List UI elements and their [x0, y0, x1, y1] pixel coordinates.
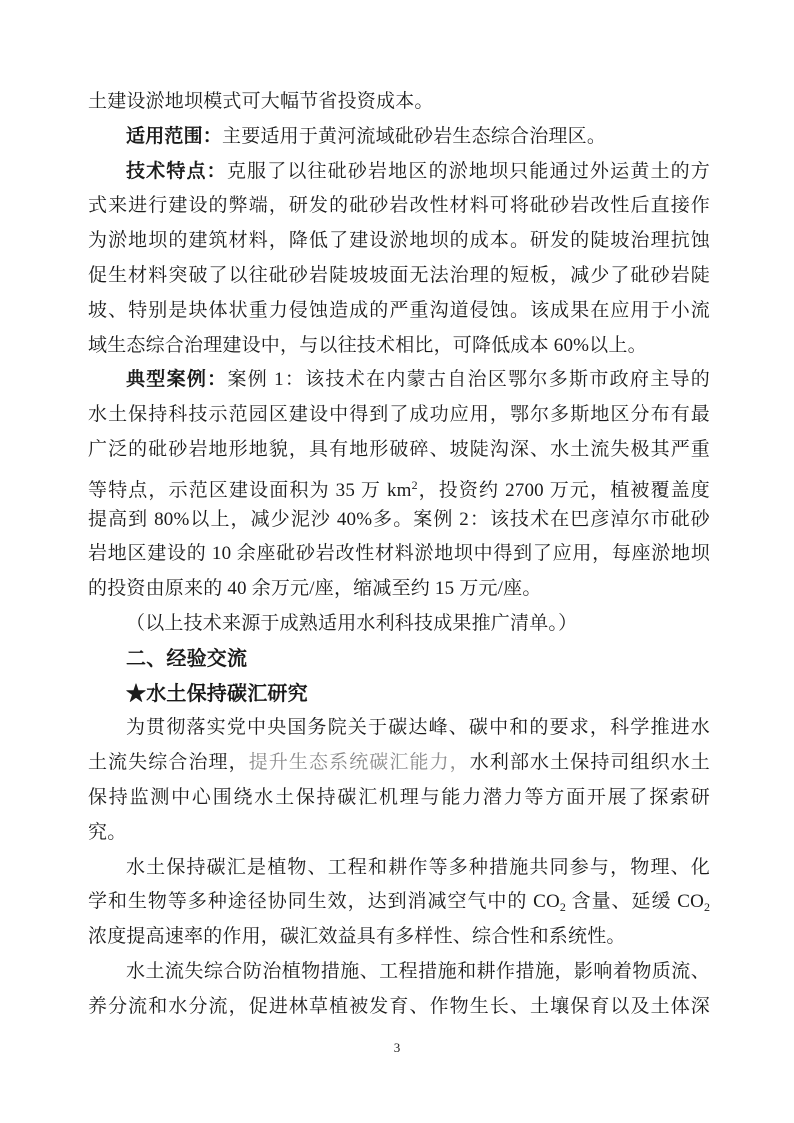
- document-page: 土建设淤地坝模式可大幅节省投资成本。适用范围：主要适用于黄河流域砒砂岩生态综合治…: [0, 0, 794, 1123]
- text-segment: 浓度提高速率的作用，碳汇效益具有多样性、综合性和系统性。: [88, 926, 626, 947]
- text-line: 学和生物等多种途径协同生效，达到消减空气中的 CO2 含量、延缓 CO2: [88, 885, 710, 920]
- text-line: 等特点，示范区建设面积为 35 万 km2，投资约 2700 万元，植被覆盖度: [88, 468, 710, 503]
- text-segment: 等特点，示范区建设面积为 35 万 km: [88, 480, 412, 501]
- text-segment: 土流失综合治理，: [88, 752, 249, 773]
- text-line: 坡、特别是块体状重力侵蚀造成的严重沟道侵蚀。该成果在应用于小流: [88, 294, 710, 329]
- text-line: 水土保持碳汇是植物、工程和耕作等多种措施共同参与，物理、化: [88, 851, 710, 886]
- text-line: 养分流和水分流，促进林草植被发育、作物生长、土壤保育以及土体深: [88, 990, 710, 1025]
- text-line: 典型案例：案例 1：该技术在内蒙古自治区鄂尔多斯市政府主导的: [88, 363, 710, 398]
- heading-line: 二、经验交流: [88, 642, 710, 677]
- text-line: 提高到 80%以上，减少泥沙 40%多。案例 2：该技术在巴彦淖尔市砒砂: [88, 503, 710, 538]
- text-segment: 为淤地坝的建筑材料，降低了建设淤地坝的成本。研发的陡坡治理抗蚀: [88, 230, 710, 251]
- text-segment: 主要适用于黄河流域砒砂岩生态综合治理区。: [222, 126, 606, 147]
- text-line: 土流失综合治理，提升生态系统碳汇能力，水利部水土保持司组织水土: [88, 746, 710, 781]
- text-line: 适用范围：主要适用于黄河流域砒砂岩生态综合治理区。: [88, 120, 710, 155]
- text-line: 土建设淤地坝模式可大幅节省投资成本。: [88, 85, 710, 120]
- text-line: 浓度提高速率的作用，碳汇效益具有多样性、综合性和系统性。: [88, 920, 710, 955]
- page-number: 3: [0, 1040, 794, 1056]
- text-line: 式来进行建设的弊端，研发的砒砂岩改性材料可将砒砂岩改性后直接作: [88, 189, 710, 224]
- text-segment: 提高到 80%以上，减少泥沙 40%多。案例 2：该技术在巴彦淖尔市砒砂: [88, 509, 710, 530]
- text-segment: 岩地区建设的 10 余座砒砂岩改性材料淤地坝中得到了应用，每座淤地坝: [88, 543, 710, 564]
- heading-line: ★水土保持碳汇研究: [88, 677, 710, 712]
- text-line: 为淤地坝的建筑材料，降低了建设淤地坝的成本。研发的陡坡治理抗蚀: [88, 224, 710, 259]
- text-segment: 广泛的砒砂岩地形地貌，具有地形破碎、坡陡沟深、水土流失极其严重: [88, 439, 710, 460]
- text-line: 技术特点：克服了以往砒砂岩地区的淤地坝只能通过外运黄土的方: [88, 155, 710, 190]
- text-segment: 的投资由原来的 40 余万元/座，缩减至约 15 万元/座。: [88, 578, 542, 599]
- text-line: 促生材料突破了以往砒砂岩陡坡坡面无法治理的短板，减少了砒砂岩陡: [88, 259, 710, 294]
- text-segment: 保持监测中心围绕水土保持碳汇机理与能力潜力等方面开展了探索研: [88, 787, 710, 808]
- text-segment: 水土保持科技示范园区建设中得到了成功应用，鄂尔多斯地区分布有最: [88, 404, 710, 425]
- text-segment: 适用范围：: [126, 126, 222, 147]
- text-segment: 养分流和水分流，促进林草植被发育、作物生长、土壤保育以及土体深: [88, 996, 710, 1017]
- text-segment: 水土流失综合防治植物措施、工程措施和耕作措施，影响着物质流、: [126, 961, 710, 982]
- text-segment: 案例 1：该技术在内蒙古自治区鄂尔多斯市政府主导的: [227, 369, 710, 390]
- text-line: 广泛的砒砂岩地形地貌，具有地形破碎、坡陡沟深、水土流失极其严重: [88, 433, 710, 468]
- text-segment: 克服了以往砒砂岩地区的淤地坝只能通过外运黄土的方: [227, 161, 710, 182]
- text-segment: ★水土保持碳汇研究: [126, 683, 308, 705]
- text-segment: 二、经验交流: [126, 648, 247, 670]
- text-segment: 含量、延缓 CO: [566, 891, 704, 912]
- text-line: 究。: [88, 816, 710, 851]
- text-segment: ，投资约 2700 万元，植被覆盖度: [418, 480, 710, 501]
- text-segment: 提升生态系统碳汇能力，: [249, 752, 470, 773]
- text-line: 的投资由原来的 40 余万元/座，缩减至约 15 万元/座。: [88, 572, 710, 607]
- text-line: 水土流失综合防治植物措施、工程措施和耕作措施，影响着物质流、: [88, 955, 710, 990]
- text-segment: 2: [704, 900, 710, 914]
- text-line: 岩地区建设的 10 余座砒砂岩改性材料淤地坝中得到了应用，每座淤地坝: [88, 537, 710, 572]
- text-line: 为贯彻落实党中央国务院关于碳达峰、碳中和的要求，科学推进水: [88, 711, 710, 746]
- text-line: 域生态综合治理建设中，与以往技术相比，可降低成本 60%以上。: [88, 329, 710, 364]
- text-segment: 土建设淤地坝模式可大幅节省投资成本。: [88, 91, 434, 112]
- text-line: 水土保持科技示范园区建设中得到了成功应用，鄂尔多斯地区分布有最: [88, 398, 710, 433]
- text-segment: 促生材料突破了以往砒砂岩陡坡坡面无法治理的短板，减少了砒砂岩陡: [88, 265, 710, 286]
- text-segment: 水土保持碳汇是植物、工程和耕作等多种措施共同参与，物理、化: [126, 857, 710, 878]
- text-segment: 式来进行建设的弊端，研发的砒砂岩改性材料可将砒砂岩改性后直接作: [88, 195, 710, 216]
- text-segment: 学和生物等多种途径协同生效，达到消减空气中的 CO: [88, 891, 560, 912]
- text-segment: 水利部水土保持司组织水土: [470, 752, 710, 773]
- text-segment: 域生态综合治理建设中，与以往技术相比，可降低成本 60%以上。: [88, 335, 647, 356]
- text-segment: 技术特点：: [126, 161, 227, 182]
- text-segment: （以上技术来源于成熟适用水利科技成果推广清单。）: [126, 613, 577, 634]
- text-line: （以上技术来源于成熟适用水利科技成果推广清单。）: [88, 607, 710, 642]
- text-segment: 为贯彻落实党中央国务院关于碳达峰、碳中和的要求，科学推进水: [126, 717, 710, 738]
- document-body: 土建设淤地坝模式可大幅节省投资成本。适用范围：主要适用于黄河流域砒砂岩生态综合治…: [88, 85, 710, 1025]
- text-segment: 坡、特别是块体状重力侵蚀造成的严重沟道侵蚀。该成果在应用于小流: [88, 300, 710, 321]
- text-segment: 典型案例：: [126, 369, 227, 390]
- text-line: 保持监测中心围绕水土保持碳汇机理与能力潜力等方面开展了探索研: [88, 781, 710, 816]
- text-segment: 究。: [88, 822, 126, 843]
